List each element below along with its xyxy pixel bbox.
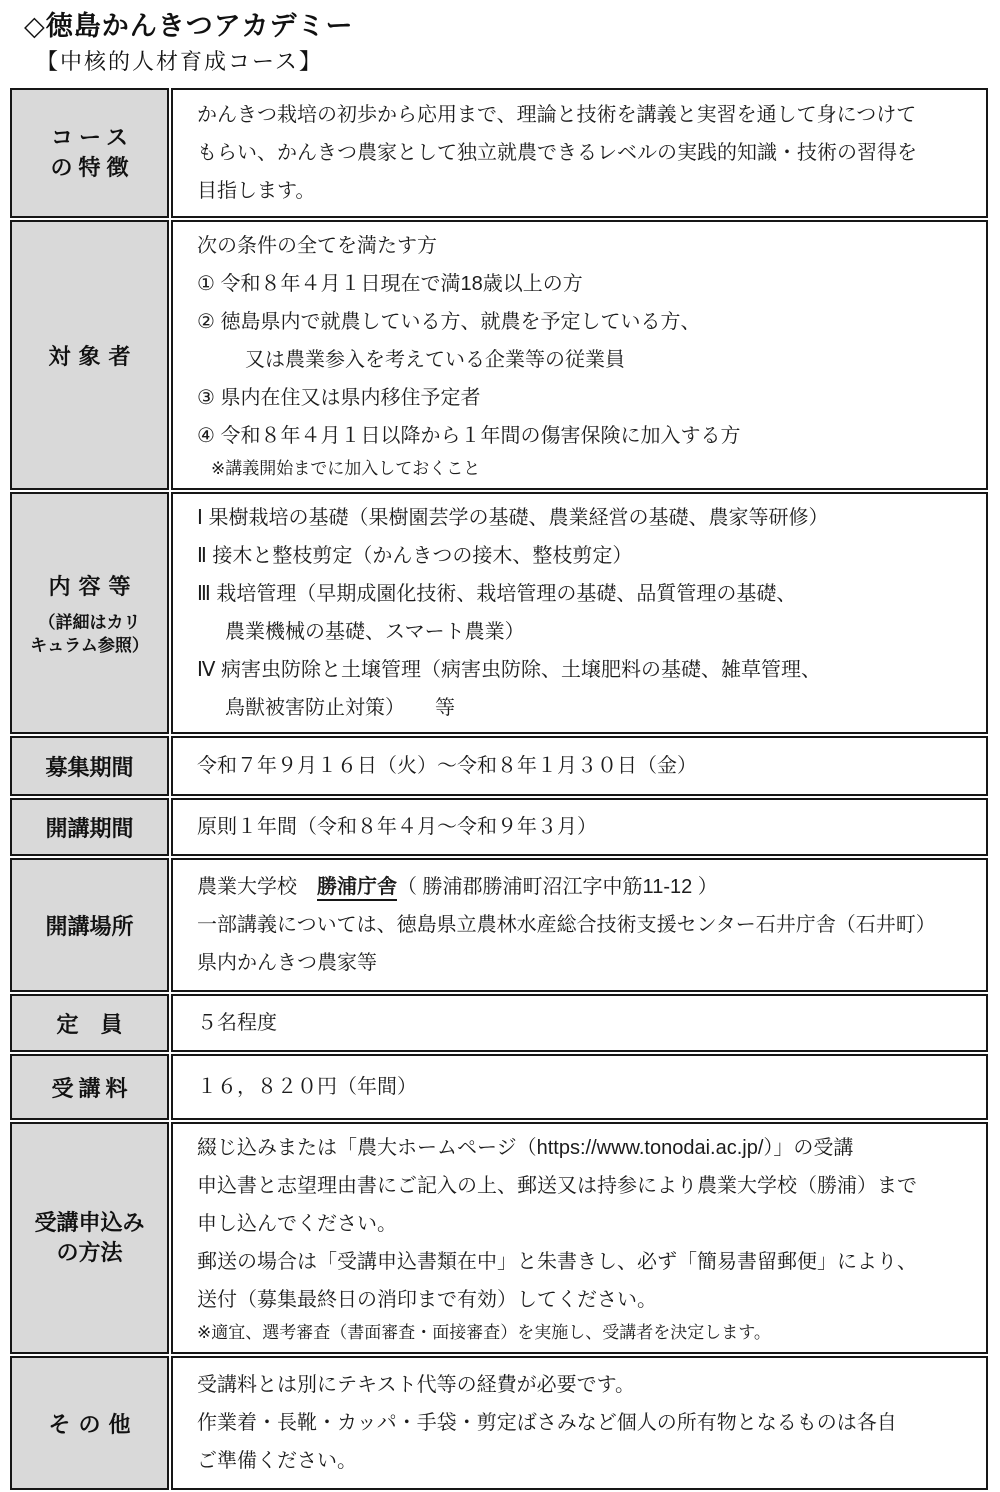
venue-campus-address: （ 勝浦郡勝浦町沼江字中筋11-12 ）	[397, 876, 718, 898]
text-line: １６，８２０円（年間）	[197, 1068, 974, 1106]
header-other: その他	[10, 1356, 169, 1490]
cell-eligibility: 次の条件の全てを満たす方 ① 令和８年４月１日現在で満18歳以上の方 ② 徳島県…	[171, 220, 988, 490]
text-line: もらい、かんきつ農家として独立就農できるレベルの実践的知識・技術の習得を	[197, 134, 974, 172]
text-line: ご準備ください。	[197, 1442, 974, 1480]
header-label: その他	[48, 1412, 138, 1437]
header-label: 対象者	[48, 344, 138, 369]
cell-course-period: 原則１年間（令和８年４月～令和９年３月）	[171, 798, 988, 856]
page-subtitle: 【中核的人材育成コース】	[36, 46, 992, 78]
venue-line-campus: 農業大学校 勝浦庁舎（ 勝浦郡勝浦町沼江字中筋11-12 ）	[197, 868, 974, 906]
text-line: 郵送の場合は「受講申込書類在中」と朱書きし、必ず「簡易書留郵便」により、	[197, 1243, 974, 1281]
row-course-period: 開講期間 原則１年間（令和８年４月～令和９年３月）	[10, 798, 988, 856]
text-line: 令和７年９月１６日（火）～令和８年１月３０日（金）	[197, 747, 974, 785]
footnote-line: ※適宜、選考審査（書面審査・面接審査）を実施し、受講者を決定します。	[197, 1319, 974, 1347]
text-line: 農業機械の基礎、スマート農業）	[197, 613, 974, 651]
row-venue: 開講場所 農業大学校 勝浦庁舎（ 勝浦郡勝浦町沼江字中筋11-12 ） 一部講義…	[10, 858, 988, 992]
text-line: Ⅰ 果樹栽培の基礎（果樹園芸学の基礎、農業経営の基礎、農家等研修）	[197, 499, 974, 537]
header-note-line: （詳細はカリ	[14, 611, 165, 634]
text-line: 次の条件の全てを満たす方	[197, 227, 974, 265]
header-label-line: 受講申込み	[14, 1208, 165, 1238]
cell-contents: Ⅰ 果樹栽培の基礎（果樹園芸学の基礎、農業経営の基礎、農家等研修） Ⅱ 接木と整…	[171, 492, 988, 734]
header-course-features: コース の特徴	[10, 88, 169, 218]
text-line: 鳥獣被害防止対策） 等	[197, 689, 974, 727]
text-line: 又は農業参入を考えている企業等の従業員	[197, 341, 974, 379]
text-line: 綴じ込みまたは「農大ホームページ（https://www.tonodai.ac.…	[197, 1129, 974, 1167]
header-label-line: の特徴	[14, 153, 171, 183]
text-line: かんきつ栽培の初歩から応用まで、理論と技術を講義と実習を通して身につけて	[197, 96, 974, 134]
text-line: 目指します。	[197, 172, 974, 210]
header-recruitment-period: 募集期間	[10, 736, 169, 796]
row-course-features: コース の特徴 かんきつ栽培の初歩から応用まで、理論と技術を講義と実習を通して身…	[10, 88, 988, 218]
header-label: 開講期間	[45, 816, 133, 841]
course-info-table: コース の特徴 かんきつ栽培の初歩から応用まで、理論と技術を講義と実習を通して身…	[8, 86, 990, 1492]
cell-venue: 農業大学校 勝浦庁舎（ 勝浦郡勝浦町沼江字中筋11-12 ） 一部講義については…	[171, 858, 988, 992]
header-note-line: キュラム参照）	[14, 634, 165, 657]
text-line: Ⅳ 病害虫防除と土壌管理（病害虫防除、土壌肥料の基礎、雑草管理、	[197, 651, 974, 689]
row-eligibility: 対象者 次の条件の全てを満たす方 ① 令和８年４月１日現在で満18歳以上の方 ②…	[10, 220, 988, 490]
header-label: 内容等	[48, 574, 138, 599]
header-label: 募集期間	[45, 755, 133, 780]
text-line: 作業着・長靴・カッパ・手袋・剪定ばさみなど個人の所有物となるものは各自	[197, 1404, 974, 1442]
text-line: Ⅱ 接木と整枝剪定（かんきつの接木、整枝剪定）	[197, 537, 974, 575]
cell-other: 受講料とは別にテキスト代等の経費が必要です。 作業着・長靴・カッパ・手袋・剪定ば…	[171, 1356, 988, 1490]
text-line: Ⅲ 栽培管理（早期成園化技術、栽培管理の基礎、品質管理の基礎、	[197, 575, 974, 613]
cell-capacity: ５名程度	[171, 994, 988, 1052]
cell-application: 綴じ込みまたは「農大ホームページ（https://www.tonodai.ac.…	[171, 1122, 988, 1354]
row-application: 受講申込み の方法 綴じ込みまたは「農大ホームページ（https://www.t…	[10, 1122, 988, 1354]
header-label: 開講場所	[45, 914, 133, 939]
header-label: 受講料	[51, 1076, 132, 1101]
text-line: ① 令和８年４月１日現在で満18歳以上の方	[197, 265, 974, 303]
text-line: 県内かんきつ農家等	[197, 944, 974, 982]
row-contents: 内容等 （詳細はカリ キュラム参照） Ⅰ 果樹栽培の基礎（果樹園芸学の基礎、農業…	[10, 492, 988, 734]
header-eligibility: 対象者	[10, 220, 169, 490]
header-label-line: の方法	[14, 1238, 165, 1268]
text-line: 原則１年間（令和８年４月～令和９年３月）	[197, 808, 974, 846]
text-line: ④ 令和８年４月１日以降から１年間の傷害保険に加入する方	[197, 417, 974, 455]
text-line: 受講料とは別にテキスト代等の経費が必要です。	[197, 1366, 974, 1404]
text-line: 申し込んでください。	[197, 1205, 974, 1243]
text-line: 送付（募集最終日の消印まで有効）してください。	[197, 1281, 974, 1319]
row-recruitment-period: 募集期間 令和７年９月１６日（火）～令和８年１月３０日（金）	[10, 736, 988, 796]
header-label-line: コース	[14, 123, 171, 153]
page-title: ◇徳島かんきつアカデミー	[24, 8, 992, 44]
cell-recruitment-period: 令和７年９月１６日（火）～令和８年１月３０日（金）	[171, 736, 988, 796]
venue-campus-prefix: 農業大学校	[197, 876, 317, 898]
text-line: ５名程度	[197, 1004, 974, 1042]
header-application: 受講申込み の方法	[10, 1122, 169, 1354]
text-line: ③ 県内在住又は県内移住予定者	[197, 379, 974, 417]
row-other: その他 受講料とは別にテキスト代等の経費が必要です。 作業着・長靴・カッパ・手袋…	[10, 1356, 988, 1490]
header-fee: 受講料	[10, 1054, 169, 1120]
document-page: ◇徳島かんきつアカデミー 【中核的人材育成コース】 コース の特徴 かんきつ栽培…	[0, 0, 1000, 1492]
header-venue: 開講場所	[10, 858, 169, 992]
row-fee: 受講料 １６，８２０円（年間）	[10, 1054, 988, 1120]
cell-fee: １６，８２０円（年間）	[171, 1054, 988, 1120]
header-course-period: 開講期間	[10, 798, 169, 856]
row-capacity: 定 員 ５名程度	[10, 994, 988, 1052]
text-line: ② 徳島県内で就農している方、就農を予定している方、	[197, 303, 974, 341]
header-label: 定 員	[56, 1012, 122, 1037]
header-capacity: 定 員	[10, 994, 169, 1052]
footnote-line: ※講義開始までに加入しておくこと	[197, 455, 974, 483]
venue-campus-name: 勝浦庁舎	[317, 876, 397, 901]
cell-course-features: かんきつ栽培の初歩から応用まで、理論と技術を講義と実習を通して身につけて もらい…	[171, 88, 988, 218]
text-line: 申込書と志望理由書にご記入の上、郵送又は持参により農業大学校（勝浦）まで	[197, 1167, 974, 1205]
header-contents: 内容等 （詳細はカリ キュラム参照）	[10, 492, 169, 734]
text-line: 一部講義については、徳島県立農林水産総合技術支援センター石井庁舎（石井町）	[197, 906, 974, 944]
